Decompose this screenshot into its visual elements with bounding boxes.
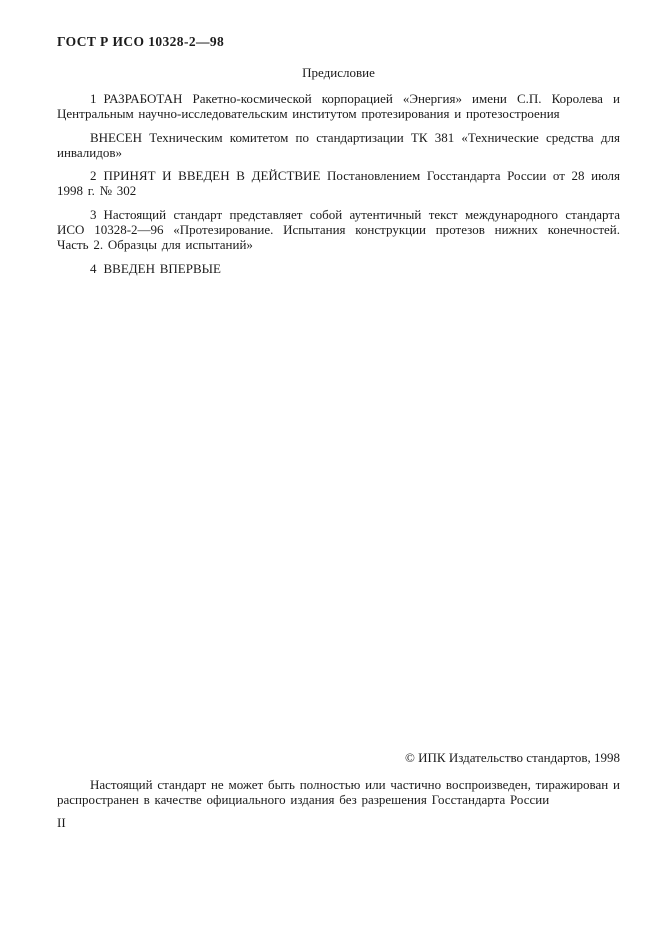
page-number: II (57, 815, 620, 830)
foreword-item-number: 2 (90, 168, 97, 183)
foreword-item-5: 4ВВЕДЕН ВПЕРВЫЕ (57, 261, 620, 276)
document-code: ГОСТ Р ИСО 10328-2—98 (57, 34, 620, 49)
page-footer: © ИПК Издательство стандартов, 1998 Наст… (57, 750, 620, 830)
foreword-item-1: 1РАЗРАБОТАН Ракетно-космической корпорац… (57, 91, 620, 122)
copyright-line: © ИПК Издательство стандартов, 1998 (57, 750, 620, 765)
foreword-item-3: 2ПРИНЯТ И ВВЕДЕН В ДЕЙСТВИЕ Постановлени… (57, 168, 620, 199)
foreword-item-number: 4 (90, 261, 97, 276)
foreword-item-text: РАЗРАБОТАН Ракетно-космической корпораци… (57, 91, 620, 121)
foreword-item-text: ВНЕСЕН Техническим комитетом по стандарт… (57, 130, 620, 160)
foreword-item-number: 3 (90, 207, 97, 222)
foreword-item-text: ВВЕДЕН ВПЕРВЫЕ (104, 261, 221, 276)
foreword-item-4: 3Настоящий стандарт представляет собой а… (57, 207, 620, 253)
foreword-item-text: ПРИНЯТ И ВВЕДЕН В ДЕЙСТВИЕ Постановление… (57, 168, 620, 198)
foreword-item-2: ВНЕСЕН Техническим комитетом по стандарт… (57, 130, 620, 161)
foreword-item-text: Настоящий стандарт представляет собой ау… (57, 207, 620, 253)
foreword-item-number: 1 (90, 91, 97, 106)
section-title: Предисловие (57, 65, 620, 80)
restriction-notice: Настоящий стандарт не может быть полност… (57, 777, 620, 808)
document-page: ГОСТ Р ИСО 10328-2—98 Предисловие 1РАЗРА… (0, 0, 661, 936)
